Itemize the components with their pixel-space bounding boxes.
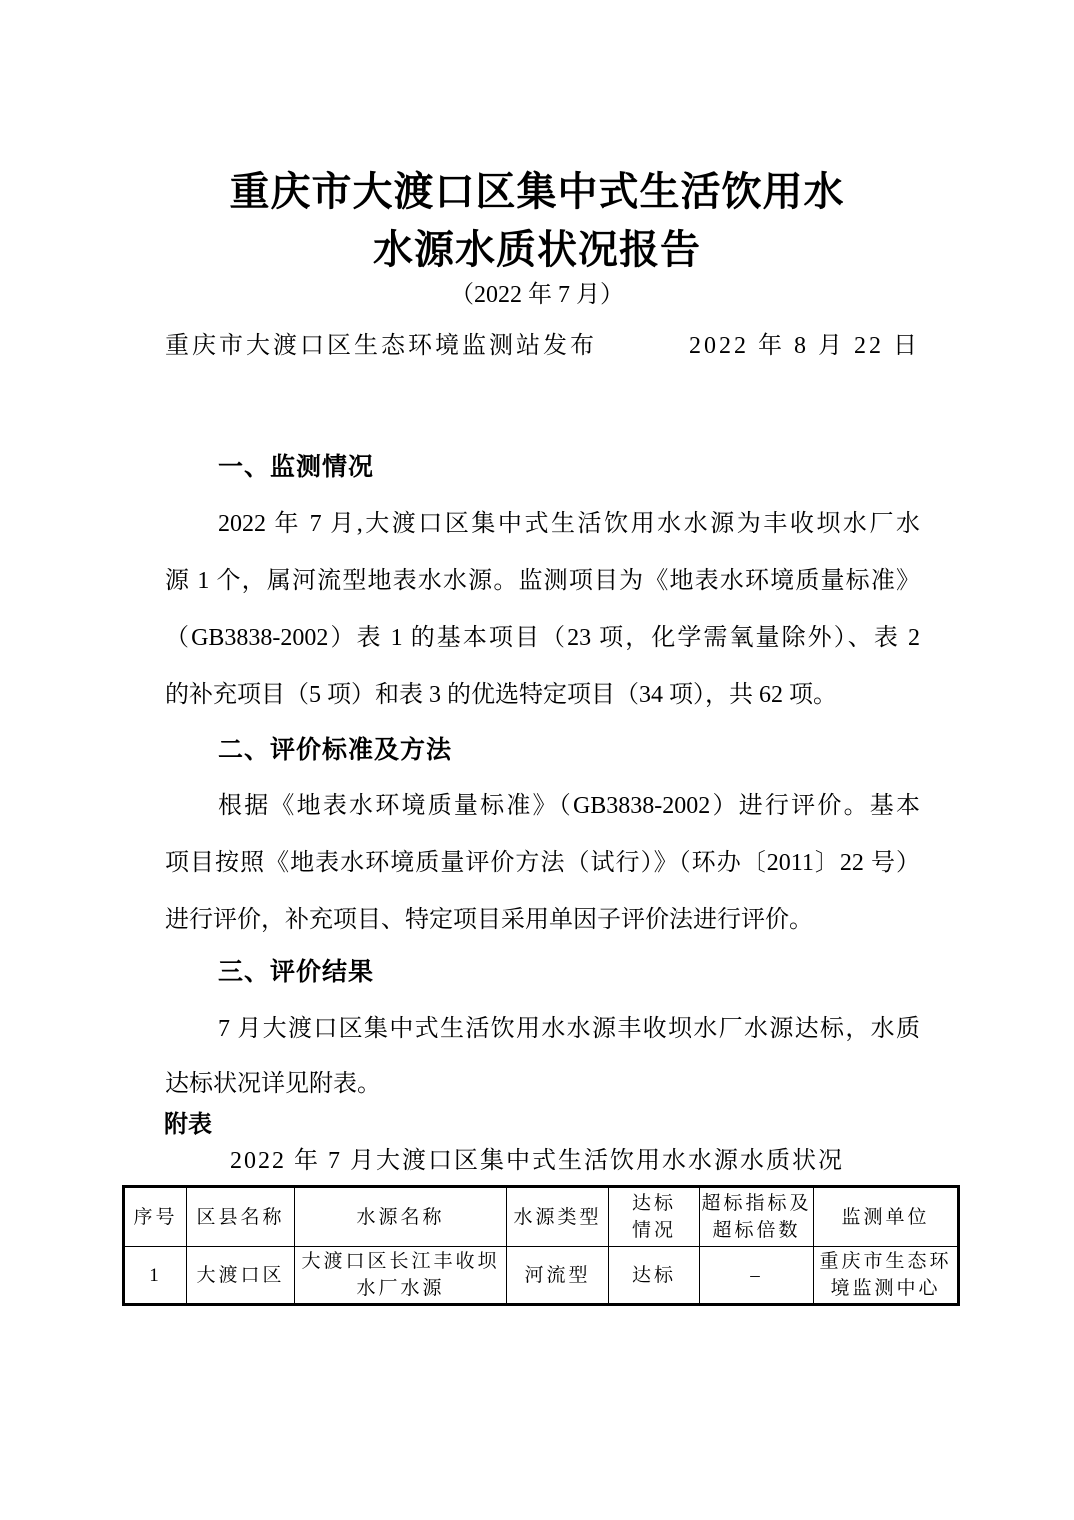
section-1-line-4: 的补充项目（5 项）和表 3 的优选特定项目（34 项），共 62 项。 [165,681,920,710]
appendix-table-title: 2022 年 7 月大渡口区集中式生活饮用水水源水质状况 [0,1146,1074,1176]
section-1-line-1: 2022 年 7 月,大渡口区集中式生活饮用水水源为丰收坝水厂水 [165,510,920,539]
header-source-name: 水源名称 [295,1187,507,1247]
table-row: 1 大渡口区 大渡口区长江丰收坝 水厂水源 河流型 达标 – 重庆市生态环 境监… [124,1247,959,1305]
section-1-heading: 一、监测情况 [218,452,374,482]
cell-compliance-status: 达标 [609,1247,700,1305]
doc-title-line-1: 重庆市大渡口区集中式生活饮用水 [0,168,1074,216]
doc-subtitle-period: （2022 年 7 月） [0,280,1074,310]
section-2-line-2: 项目按照《地表水环境质量评价方法（试行）》（环办〔2011〕22 号） [165,849,920,878]
section-3-line-2: 达标状况详见附表。 [165,1070,920,1099]
publish-date: 2022 年 8 月 22 日 [689,331,920,361]
publisher-row: 重庆市大渡口区生态环境监测站发布 2022 年 8 月 22 日 [165,331,920,361]
doc-title-line-2: 水源水质状况报告 [0,226,1074,274]
section-2-line-3: 进行评价，补充项目、特定项目采用单因子评价法进行评价。 [165,906,920,935]
section-2-line-1: 根据《地表水环境质量标准》（GB3838-2002）进行评价。基本 [165,792,920,821]
section-3-heading: 三、评价结果 [218,957,374,987]
publisher-name: 重庆市大渡口区生态环境监测站发布 [165,331,597,361]
report-page: 重庆市大渡口区集中式生活饮用水 水源水质状况报告 （2022 年 7 月） 重庆… [0,0,1074,1520]
header-monitoring-unit: 监测单位 [814,1187,959,1247]
cell-index: 1 [124,1247,187,1305]
cell-monitoring-unit: 重庆市生态环 境监测中心 [814,1247,959,1305]
section-2-heading: 二、评价标准及方法 [218,735,452,765]
appendix-label: 附表 [164,1110,212,1140]
table-header-row: 序号 区县名称 水源名称 水源类型 达标 情况 超标指标及 超标倍数 监测单位 [124,1187,959,1247]
section-1-line-3: （GB3838-2002）表 1 的基本项目（23 项，化学需氧量除外）、表 2 [165,624,920,653]
cell-exceedance-indicators: – [700,1247,814,1305]
section-1-line-2: 源 1 个，属河流型地表水水源。监测项目为《地表水环境质量标准》 [165,567,920,596]
cell-source-name: 大渡口区长江丰收坝 水厂水源 [295,1247,507,1305]
section-3-line-1: 7 月大渡口区集中式生活饮用水水源丰收坝水厂水源达标，水质 [165,1015,920,1044]
header-district-name: 区县名称 [187,1187,295,1247]
header-index: 序号 [124,1187,187,1247]
header-compliance-status: 达标 情况 [609,1187,700,1247]
header-exceedance-indicators: 超标指标及 超标倍数 [700,1187,814,1247]
header-source-type: 水源类型 [507,1187,609,1247]
water-quality-table: 序号 区县名称 水源名称 水源类型 达标 情况 超标指标及 超标倍数 监测单位 … [122,1185,960,1306]
cell-source-type: 河流型 [507,1247,609,1305]
cell-district-name: 大渡口区 [187,1247,295,1305]
